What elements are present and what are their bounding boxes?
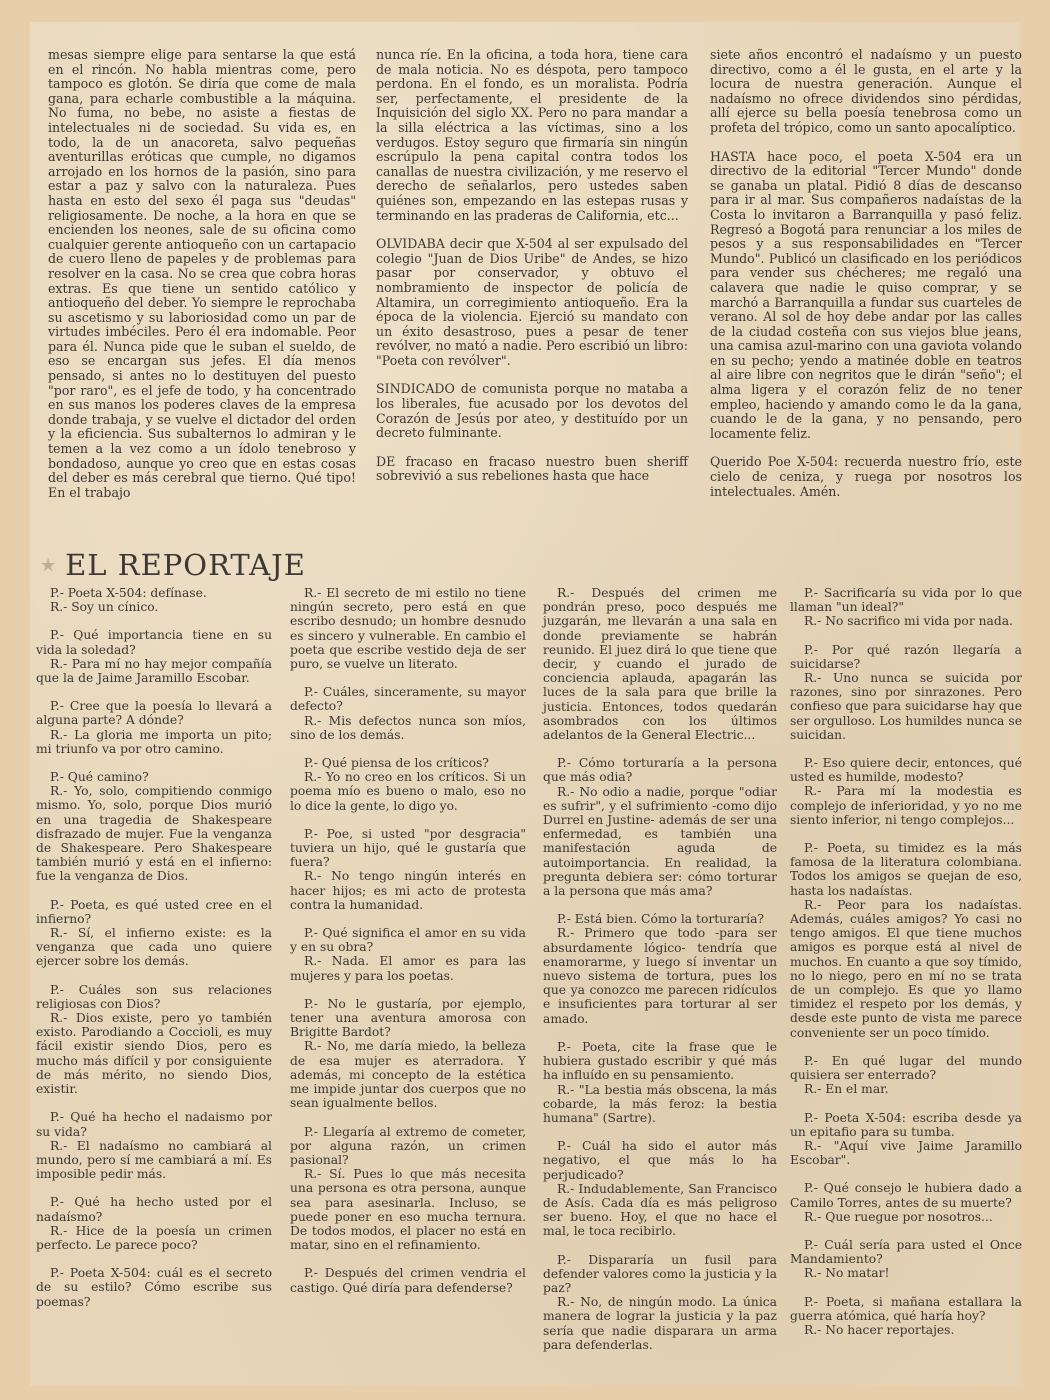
interview-exchange: P.- Qué consejo le hubiera dado a Camilo… [790, 1181, 1022, 1224]
interview-exchange: P.- Cuáles son sus relaciones religiosas… [36, 983, 272, 1097]
interview-exchange: P.- Cree que la poesía lo llevará a algu… [36, 699, 272, 756]
interview-exchange: P.- Qué ha hecho usted por el nadaísmo?R… [36, 1195, 272, 1252]
answer-text: R.- Sí. Pues lo que más necesita una per… [290, 1167, 526, 1252]
interview-exchange: P.- Por qué razón llegaría a suicidarse?… [790, 643, 1022, 742]
article-paragraph: DE fracaso en fracaso nuestro buen sheri… [376, 455, 688, 484]
article-paragraph: nunca ríe. En la oficina, a toda hora, t… [376, 48, 688, 223]
interview-exchange: P.- Cómo torturaría a la persona que más… [543, 756, 777, 898]
answer-text: R.- No sacrifico mi vida por nada. [790, 614, 1022, 628]
interview-exchange: R.- Después del crimen me pondrán preso,… [543, 586, 777, 742]
answer-text: R.- Nada. El amor es para las mujeres y … [290, 954, 526, 982]
answer-text: R.- Mis defectos nunca son míos, sino de… [290, 714, 526, 742]
question-text: P.- Poeta, cite la frase que le hubiera … [543, 1040, 777, 1083]
answer-text: R.- "La bestia más obscena, la más cobar… [543, 1083, 777, 1126]
article-paragraph: OLVIDABA decir que X-504 al ser expulsad… [376, 237, 688, 368]
answer-text: R.- Sí, el infierno existe: es la vengan… [36, 926, 272, 969]
question-text: P.- Eso quiere decir, entonces, qué uste… [790, 756, 1022, 784]
interview-column-4: P.- Sacrificaría su vida por lo que llam… [790, 586, 1022, 1351]
answer-text: R.- No tengo ningún interés en hacer hij… [290, 869, 526, 912]
question-text: P.- Qué ha hecho usted por el nadaísmo? [36, 1195, 272, 1223]
interview-exchange: P.- Qué piensa de los críticos?R.- Yo no… [290, 756, 526, 813]
question-text: P.- Qué significa el amor en su vida y e… [290, 926, 526, 954]
interview-exchange: P.- Después del crimen vendria el castig… [290, 1266, 526, 1294]
interview-exchange: P.- No le gustaría, por ejemplo, tener u… [290, 997, 526, 1111]
interview-exchange: P.- Poeta X-504: defínase.R.- Soy un cín… [36, 586, 272, 614]
interview-exchange: P.- Cuál ha sido el autor más negativo, … [543, 1139, 777, 1238]
question-text: P.- Qué camino? [36, 770, 272, 784]
answer-text: R.- No, me daría miedo, la belleza de es… [290, 1039, 526, 1110]
question-text: P.- Cuáles son sus relaciones religiosas… [36, 983, 272, 1011]
article-paragraph: mesas siempre elige para sentarse la que… [48, 48, 356, 500]
question-text: P.- Llegaría al extremo de cometer, por … [290, 1125, 526, 1168]
answer-text: R.- No, de ningún modo. La única manera … [543, 1295, 777, 1352]
answer-text: R.- El nadaísmo no cambiará al mundo, pe… [36, 1139, 272, 1182]
article-column-2: nunca ríe. En la oficina, a toda hora, t… [376, 48, 688, 498]
article-paragraph: siete años encontró el nadaísmo y un pue… [710, 48, 1022, 136]
question-text: P.- Dispararía un fusil para defender va… [543, 1253, 777, 1296]
interview-exchange: P.- Sacrificaría su vida por lo que llam… [790, 586, 1022, 629]
interview-exchange: P.- Poeta X-504: escriba desde ya un epi… [790, 1111, 1022, 1168]
answer-text: R.- Soy un cínico. [36, 600, 272, 614]
answer-text: R.- Hice de la poesía un crimen perfecto… [36, 1224, 272, 1252]
question-text: P.- Cómo torturaría a la persona que más… [543, 756, 777, 784]
answer-text: R.- Para mí la modestia es complejo de i… [790, 784, 1022, 827]
interview-exchange: P.- Qué camino?R.- Yo, solo, compitiendo… [36, 770, 272, 884]
interview-column-1: P.- Poeta X-504: defínase.R.- Soy un cín… [36, 586, 272, 1323]
answer-text: R.- El secreto de mi estilo no tiene nin… [290, 586, 526, 671]
answer-text: R.- La gloria me importa un pito; mi tri… [36, 728, 272, 756]
answer-text: R.- Primero que todo -para ser absurdame… [543, 926, 777, 1025]
interview-exchange: P.- Está bien. Cómo la torturaría?R.- Pr… [543, 912, 777, 1026]
question-text: P.- Qué piensa de los críticos? [290, 756, 526, 770]
interview-exchange: P.- Poeta, cite la frase que le hubiera … [543, 1040, 777, 1125]
interview-exchange: P.- En qué lugar del mundo quisiera ser … [790, 1054, 1022, 1097]
answer-text: R.- Indudablemente, San Francisco de Así… [543, 1182, 777, 1239]
question-text: P.- Qué consejo le hubiera dado a Camilo… [790, 1181, 1022, 1209]
question-text: P.- Cuál sería para usted el Once Mandam… [790, 1238, 1022, 1266]
interview-exchange: P.- Qué importancia tiene en su vida la … [36, 628, 272, 685]
interview-exchange: P.- Llegaría al extremo de cometer, por … [290, 1125, 526, 1253]
interview-exchange: P.- Poeta, es qué usted cree en el infie… [36, 898, 272, 969]
article-column-1: mesas siempre elige para sentarse la que… [48, 48, 356, 514]
question-text: P.- En qué lugar del mundo quisiera ser … [790, 1054, 1022, 1082]
interview-exchange: P.- Eso quiere decir, entonces, qué uste… [790, 756, 1022, 827]
answer-text: R.- Para mí no hay mejor compañía que la… [36, 657, 272, 685]
interview-exchange: P.- Poeta, su timidez es la más famosa d… [790, 841, 1022, 1040]
article-paragraph: SINDICADO de comunista porque no mataba … [376, 382, 688, 440]
question-text: P.- Poeta X-504: defínase. [36, 586, 272, 600]
question-text: P.- Después del crimen vendria el castig… [290, 1266, 526, 1294]
answer-text: R.- En el mar. [790, 1082, 1022, 1096]
answer-text: R.- No odio a nadie, porque "odiar es su… [543, 785, 777, 899]
question-text: P.- Qué ha hecho el nadaismo por su vida… [36, 1110, 272, 1138]
question-text: P.- Cuáles, sinceramente, su mayor defec… [290, 685, 526, 713]
question-text: P.- Por qué razón llegaría a suicidarse? [790, 643, 1022, 671]
star-icon: ★ [40, 555, 57, 576]
question-text: P.- Sacrificaría su vida por lo que llam… [790, 586, 1022, 614]
interview-column-3: R.- Después del crimen me pondrán preso,… [543, 586, 777, 1366]
answer-text: R.- No matar! [790, 1266, 1022, 1280]
answer-text: R.- Yo, solo, compitiendo conmigo mismo.… [36, 784, 272, 883]
article-paragraph: HASTA hace poco, el poeta X-504 era un d… [710, 150, 1022, 442]
answer-text: R.- Después del crimen me pondrán preso,… [543, 586, 777, 742]
article-column-3: siete años encontró el nadaísmo y un pue… [710, 48, 1022, 513]
article-paragraph: Querido Poe X-504: recuerda nuestro frío… [710, 455, 1022, 499]
question-text: P.- Poe, si usted "por desgracia" tuvier… [290, 827, 526, 870]
interview-exchange: P.- Poeta X-504: cuál es el secreto de s… [36, 1266, 272, 1309]
answer-text: R.- Yo no creo en los críticos. Si un po… [290, 770, 526, 813]
question-text: P.- Qué importancia tiene en su vida la … [36, 628, 272, 656]
interview-exchange: P.- Dispararía un fusil para defender va… [543, 1253, 777, 1352]
question-text: P.- Poeta, su timidez es la más famosa d… [790, 841, 1022, 898]
headline-text: EL REPORTAJE [65, 548, 306, 582]
interview-exchange: P.- Cuáles, sinceramente, su mayor defec… [290, 685, 526, 742]
question-text: P.- Poeta X-504: escriba desde ya un epi… [790, 1111, 1022, 1139]
interview-exchange: R.- El secreto de mi estilo no tiene nin… [290, 586, 526, 671]
question-text: P.- Poeta X-504: cuál es el secreto de s… [36, 1266, 272, 1309]
section-headline: ★ EL REPORTAJE [40, 548, 306, 582]
interview-exchange: P.- Qué ha hecho el nadaismo por su vida… [36, 1110, 272, 1181]
question-text: P.- Cree que la poesía lo llevará a algu… [36, 699, 272, 727]
interview-exchange: P.- Poe, si usted "por desgracia" tuvier… [290, 827, 526, 912]
question-text: P.- Cuál ha sido el autor más negativo, … [543, 1139, 777, 1182]
answer-text: R.- Peor para los nadaístas. Además, cuá… [790, 898, 1022, 1040]
question-text: P.- Está bien. Cómo la torturaría? [543, 912, 777, 926]
answer-text: R.- Dios existe, pero yo también existo.… [36, 1011, 272, 1096]
interview-exchange: P.- Qué significa el amor en su vida y e… [290, 926, 526, 983]
answer-text: R.- Que ruegue por nosotros... [790, 1210, 1022, 1224]
answer-text: R.- Uno nunca se suicida por razones, si… [790, 671, 1022, 742]
answer-text: R.- No hacer reportajes. [790, 1323, 1022, 1337]
answer-text: R.- "Aquí vive Jaime Jaramillo Escobar". [790, 1139, 1022, 1167]
interview-exchange: P.- Poeta, si mañana estallara la guerra… [790, 1295, 1022, 1338]
question-text: P.- Poeta, si mañana estallara la guerra… [790, 1295, 1022, 1323]
question-text: P.- No le gustaría, por ejemplo, tener u… [290, 997, 526, 1040]
interview-exchange: P.- Cuál sería para usted el Once Mandam… [790, 1238, 1022, 1281]
question-text: P.- Poeta, es qué usted cree en el infie… [36, 898, 272, 926]
interview-column-2: R.- El secreto de mi estilo no tiene nin… [290, 586, 526, 1309]
